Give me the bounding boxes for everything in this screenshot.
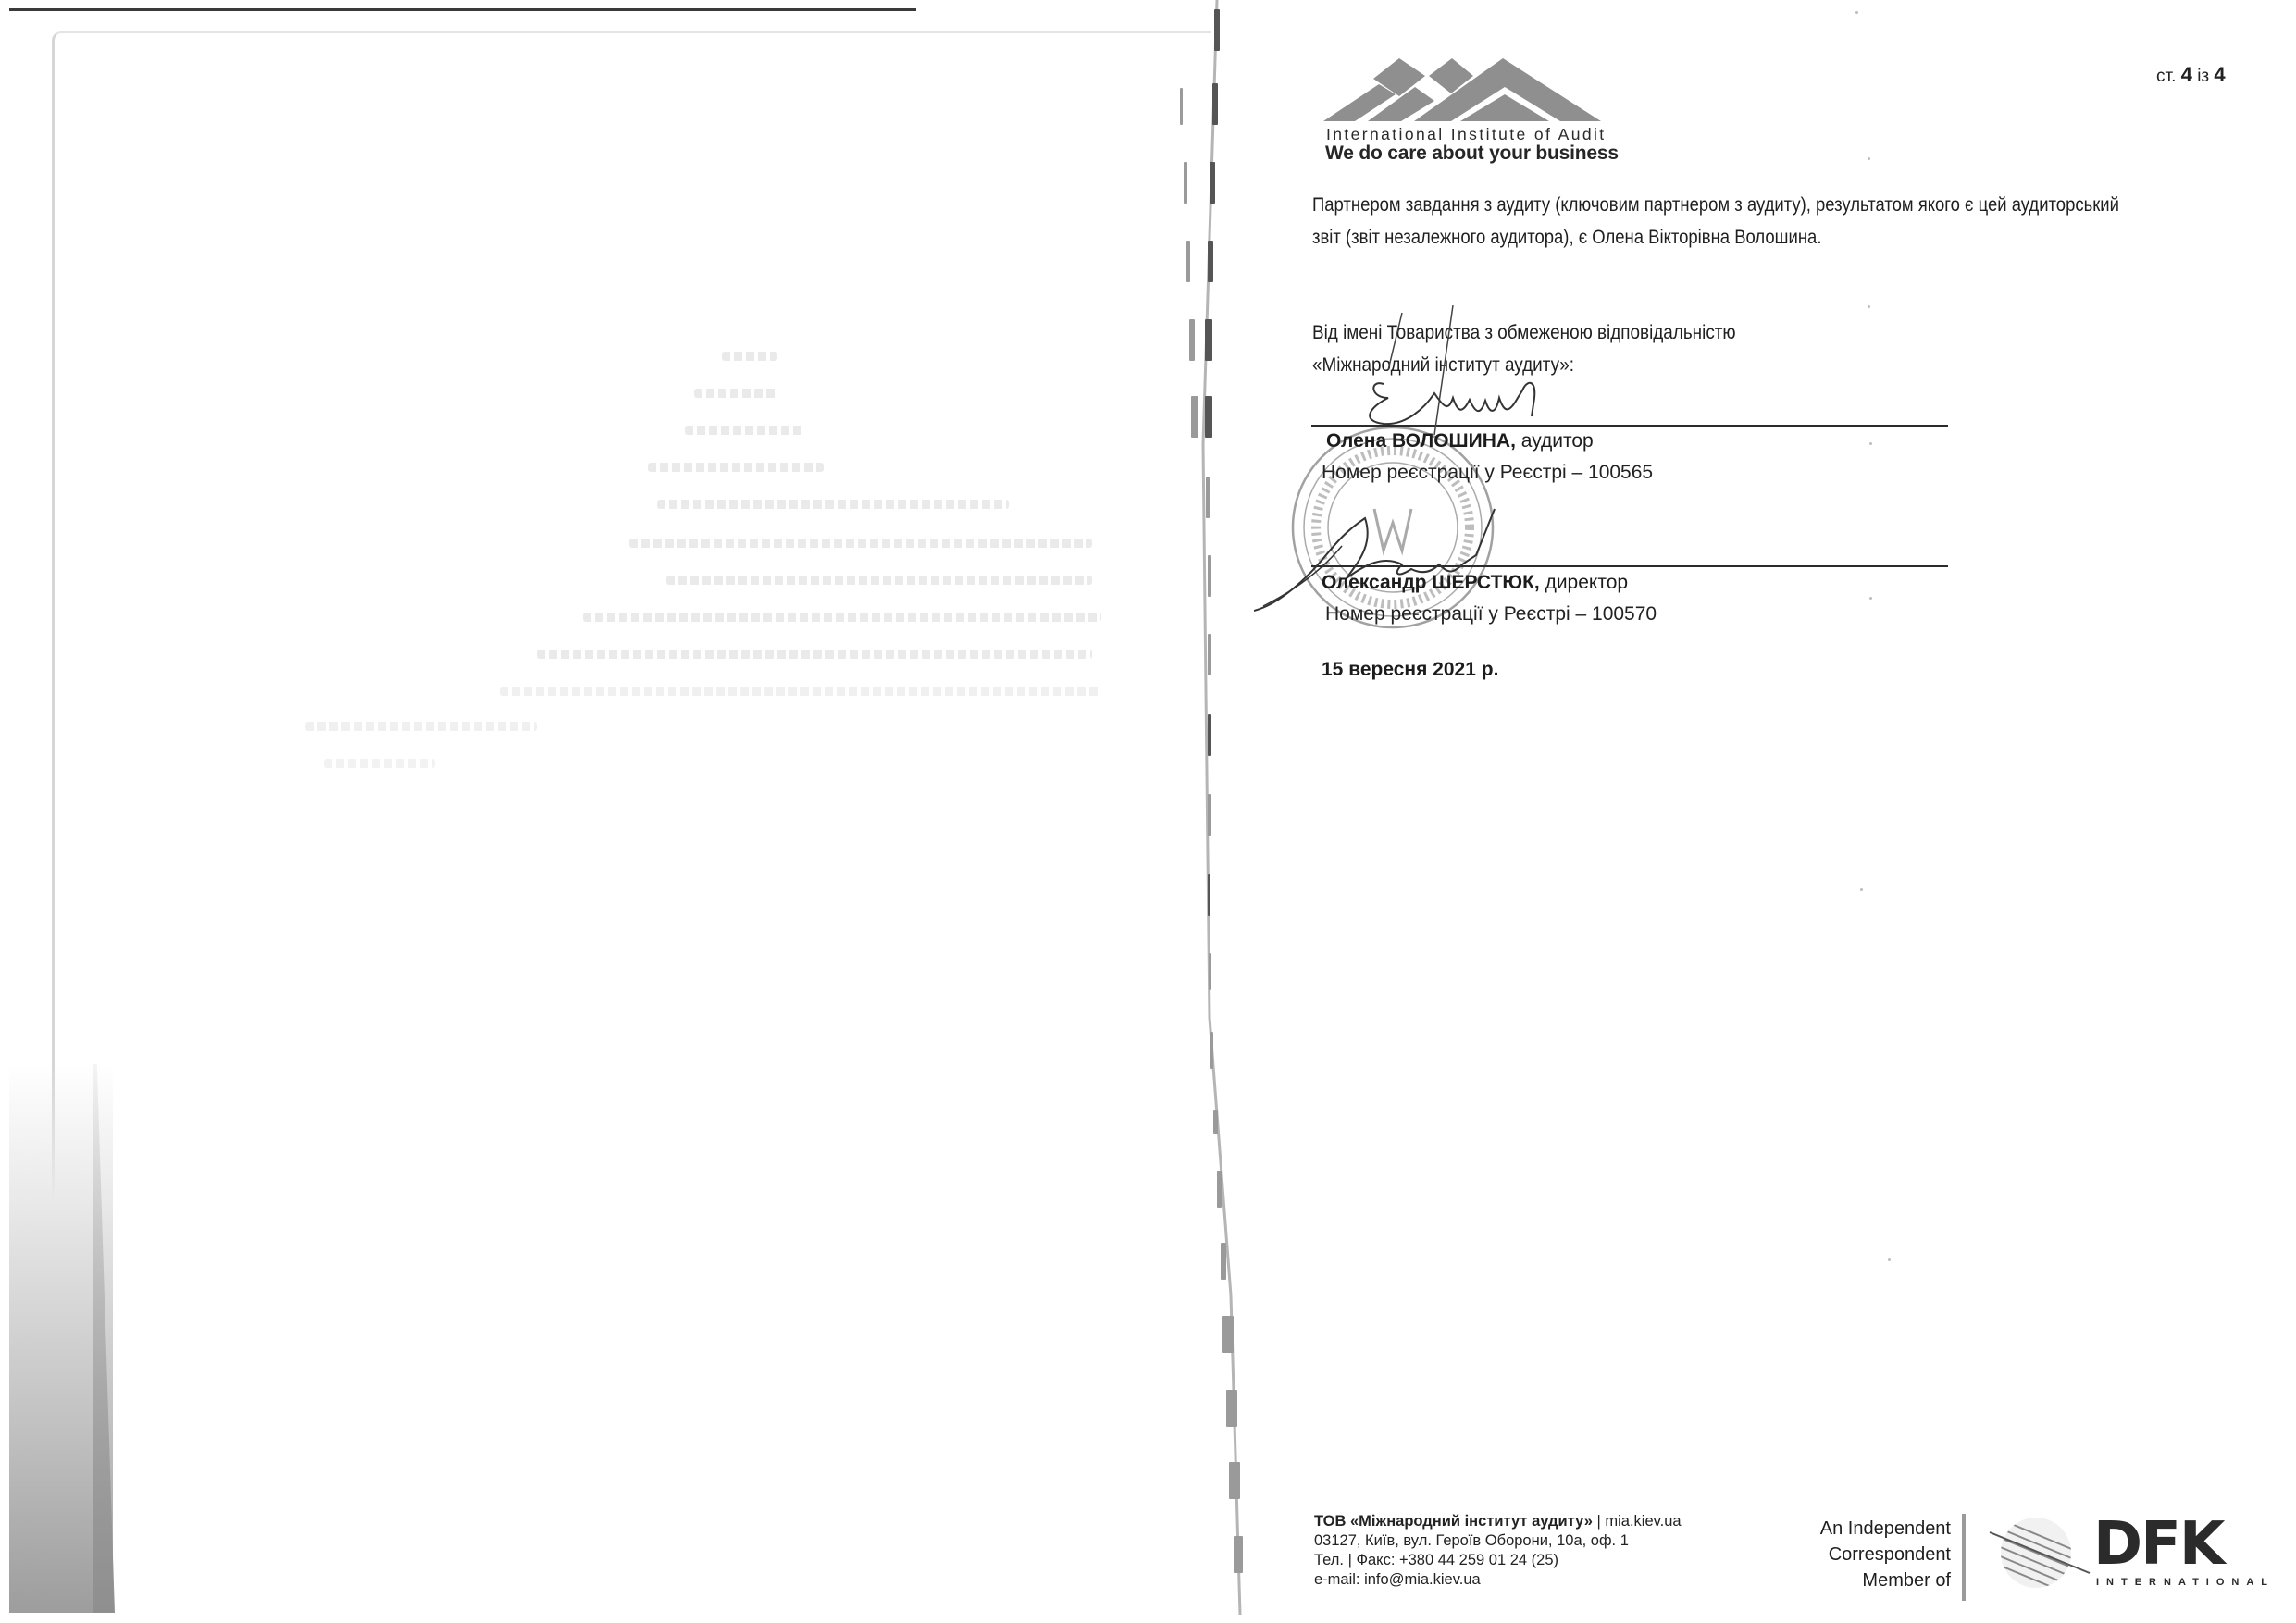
company-stamp-icon	[1286, 421, 1499, 634]
membership-line2: Correspondent	[1795, 1542, 1951, 1567]
bleed-through-text	[444, 333, 1111, 722]
page-total: 4	[2214, 63, 2225, 86]
signatory-2-registration: Номер реєстрації у Реєстрі – 100570	[1325, 603, 1657, 626]
mountains-logo-icon	[1322, 54, 1608, 124]
partner-paragraph-line2: звіт (звіт незалежного аудитора), є Олен…	[1312, 227, 1821, 249]
globe-icon	[1980, 1516, 2091, 1599]
signatory-1-last-name: ВОЛОШИНА,	[1392, 430, 1516, 452]
left-page-edge	[52, 31, 1211, 1606]
signatory-1-registration: Номер реєстрації у Реєстрі – 100565	[1322, 462, 1653, 484]
footer-contacts: ТОВ «Міжнародний інститут аудиту» | mia.…	[1314, 1512, 1682, 1590]
footer-website: | mia.kiev.ua	[1597, 1513, 1682, 1530]
membership-statement: An Independent Correspondent Member of	[1795, 1516, 1951, 1593]
scan-top-edge	[9, 8, 916, 11]
report-date: 15 вересня 2021 р.	[1322, 659, 1498, 681]
signature-line-1	[1311, 425, 1948, 427]
on-behalf-line2: «Міжнародний інститут аудиту»:	[1312, 354, 1574, 377]
on-behalf-line1: Від імені Товариства з обмеженою відпові…	[1312, 322, 1736, 344]
company-logo: International Institute of Audit We do c…	[1322, 54, 1618, 165]
footer-address: 03127, Київ, вул. Героїв Оборони, 10а, о…	[1314, 1531, 1682, 1551]
dfk-logo: DFK INTERNATIONAL	[1980, 1516, 2258, 1599]
dfk-wordmark: DFK	[2093, 1510, 2223, 1579]
signatory-1-name: Олена ВОЛОШИНА, аудитор	[1326, 430, 1594, 452]
page-label: ст.	[2156, 67, 2176, 86]
signatory-2-last-name: ШЕРСТЮК,	[1432, 572, 1539, 593]
signature-sherstiuk-icon	[1254, 490, 1559, 620]
signature-line-2	[1311, 565, 1948, 567]
page-number: ст. 4 із 4	[2156, 63, 2226, 87]
signatory-1-first-name: Олена	[1326, 430, 1386, 452]
logo-company-name: International Institute of Audit	[1326, 125, 1607, 144]
dfk-subtitle: INTERNATIONAL	[2096, 1577, 2275, 1588]
signatory-2-role: директор	[1545, 572, 1629, 593]
signatory-2-name: Олександр ШЕРСТЮК, директор	[1322, 572, 1628, 594]
footer-divider	[1962, 1514, 1966, 1601]
page-current: 4	[2181, 63, 2192, 86]
page-separator: із	[2197, 67, 2209, 86]
membership-line1: An Independent	[1795, 1516, 1951, 1542]
footer-phone: Тел. | Факс: +380 44 259 01 24 (25)	[1314, 1551, 1682, 1570]
footer-email: e-mail: info@mia.kiev.ua	[1314, 1570, 1682, 1590]
signatory-1-role: аудитор	[1521, 430, 1594, 452]
signatory-2-first-name: Олександр	[1322, 572, 1427, 593]
footer-company: ТОВ «Міжнародний інститут аудиту»	[1314, 1513, 1593, 1530]
partner-paragraph-line1: Партнером завдання з аудиту (ключовим па…	[1312, 194, 2119, 217]
comb-binding	[1161, 0, 1282, 1623]
logo-slogan: We do care about your business	[1325, 142, 1619, 165]
bleed-through-text-lower	[305, 722, 676, 796]
membership-line3: Member of	[1795, 1567, 1951, 1593]
